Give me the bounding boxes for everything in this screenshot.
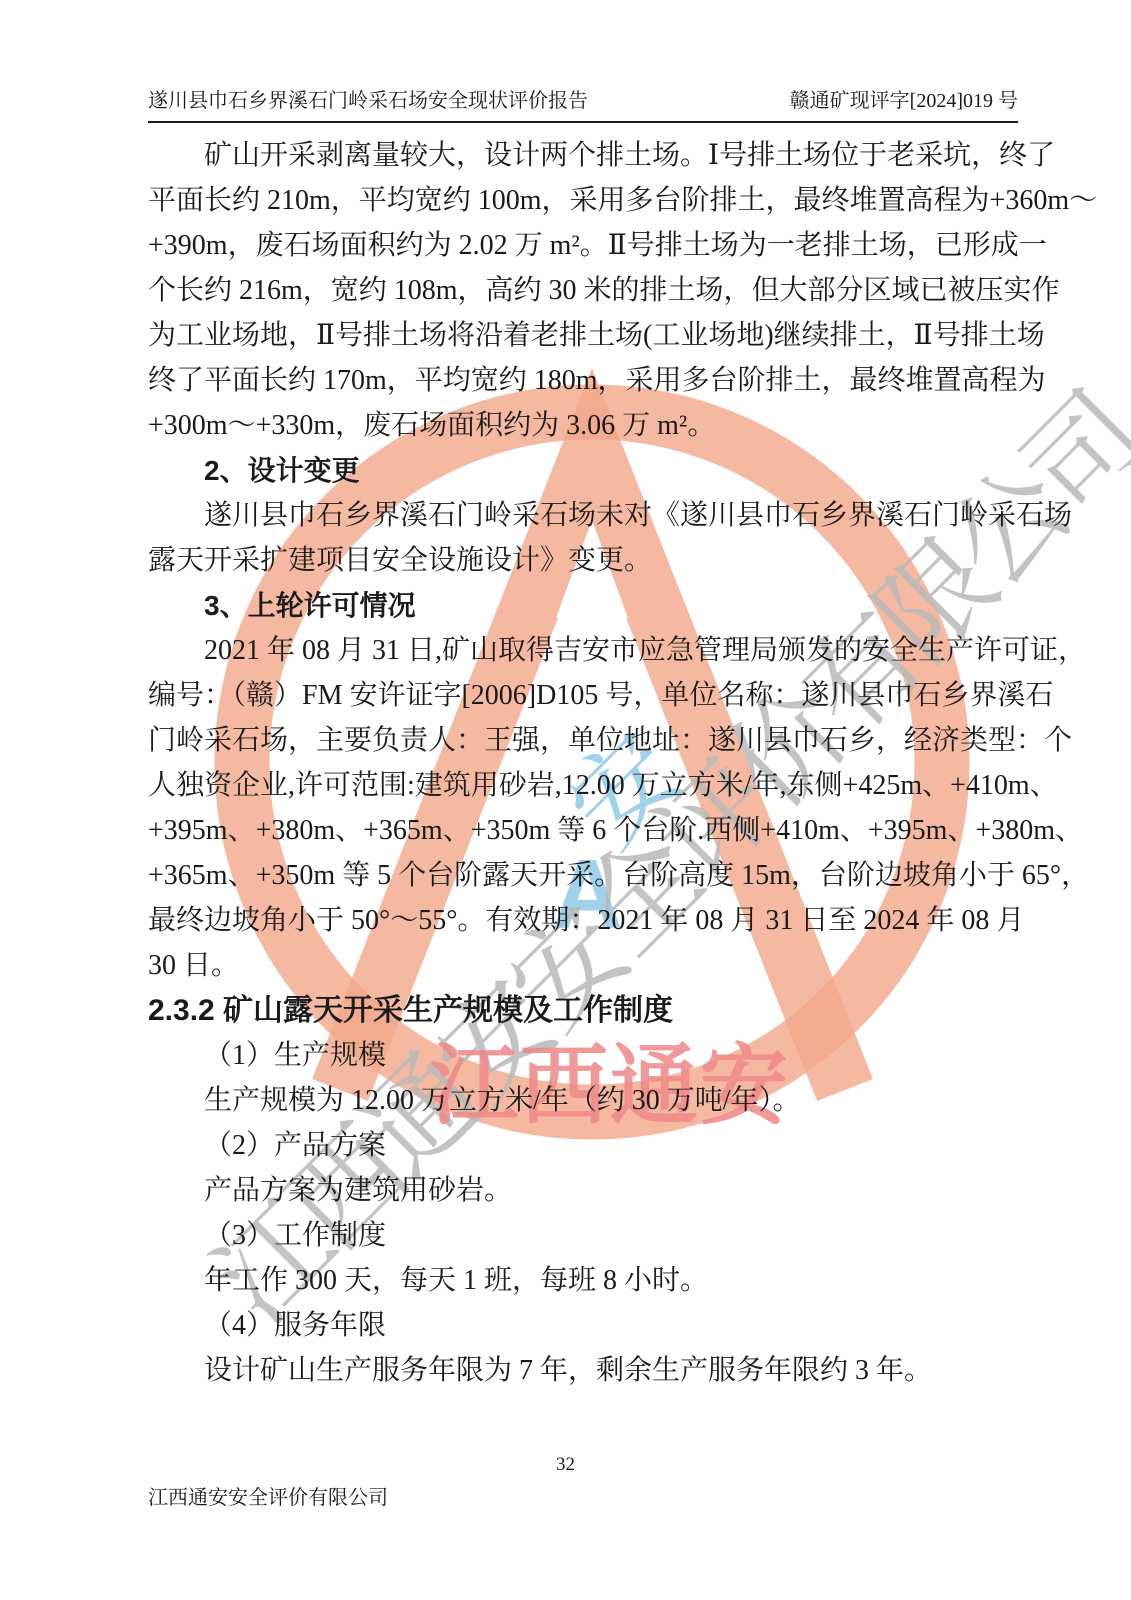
text-line: （3）工作制度 xyxy=(148,1213,1020,1258)
text-line: （2）产品方案 xyxy=(148,1123,1020,1168)
text-line: +365m、+350m 等 5 个台阶露天开采。台阶高度 15m，台阶边坡角小于… xyxy=(148,853,1020,898)
text-line: 生产规模为 12.00 万立方米/年（约 30 万吨/年）。 xyxy=(148,1078,1020,1123)
text-line: 设计矿山生产服务年限为 7 年，剩余生产服务年限约 3 年。 xyxy=(148,1348,1020,1393)
header-doc-number: 赣通矿现评字[2024]019 号 xyxy=(790,88,1018,114)
text-line: +395m、+380m、+365m、+350m 等 6 个台阶.西侧+410m、… xyxy=(148,808,1020,853)
page-header: 遂川县巾石乡界溪石门岭采石场安全现状评价报告 赣通矿现评字[2024]019 号 xyxy=(148,88,1018,123)
text-line: 2021 年 08 月 31 日,矿山取得吉安市应急管理局颁发的安全生产许可证， xyxy=(148,628,1020,673)
report-page: 安 A 江西通安安全评价有限公司 江西通安 遂川县巾石乡界溪石门岭采石场安全现状… xyxy=(0,0,1131,1600)
text-line: 露天开采扩建项目安全设施设计》变更。 xyxy=(148,538,1020,583)
text-line: 最终边坡角小于 50°～55°。有效期：2021 年 08 月 31 日至 20… xyxy=(148,898,1020,943)
text-line: 年工作 300 天，每天 1 班，每班 8 小时。 xyxy=(148,1258,1020,1303)
text-line: 遂川县巾石乡界溪石门岭采石场未对《遂川县巾石乡界溪石门岭采石场 xyxy=(148,493,1020,538)
page-number: 32 xyxy=(0,1454,1131,1476)
footer-company-name: 江西通安安全评价有限公司 xyxy=(148,1481,388,1510)
text-line: 30 日。 xyxy=(148,943,1020,988)
text-line: （1）生产规模 xyxy=(148,1033,1020,1078)
text-line: +390m，废石场面积约为 2.02 万 m²。Ⅱ号排土场为一老排土场，已形成一 xyxy=(148,223,1020,268)
text-line: 门岭采石场，主要负责人：王强，单位地址：遂川县巾石乡，经济类型：个 xyxy=(148,718,1020,763)
text-line: 产品方案为建筑用砂岩。 xyxy=(148,1168,1020,1213)
text-line: 人独资企业,许可范围:建筑用砂岩,12.00 万立方米/年,东侧+425m、+4… xyxy=(148,763,1020,808)
text-line: +300m～+330m，废石场面积约为 3.06 万 m²。 xyxy=(148,403,1020,448)
text-line: （4）服务年限 xyxy=(148,1303,1020,1348)
text-line: 编号：（赣）FM 安许证字[2006]D105 号，单位名称：遂川县巾石乡界溪石 xyxy=(148,673,1020,718)
text-line: 个长约 216m，宽约 108m，高约 30 米的排土场，但大部分区域已被压实作 xyxy=(148,268,1020,313)
body-text: 矿山开采剥离量较大，设计两个排土场。Ⅰ号排土场位于老采坑，终了平面长约 210m… xyxy=(148,133,1020,1393)
text-line: 3、上轮许可情况 xyxy=(148,583,1020,628)
text-line: 为工业场地，Ⅱ号排土场将沿着老排土场(工业场地)继续排土，Ⅱ号排土场 xyxy=(148,313,1020,358)
header-report-title: 遂川县巾石乡界溪石门岭采石场安全现状评价报告 xyxy=(148,88,588,114)
text-line: 终了平面长约 170m，平均宽约 180m，采用多台阶排土，最终堆置高程为 xyxy=(148,358,1020,403)
text-line: 2.3.2 矿山露天开采生产规模及工作制度 xyxy=(148,988,1020,1033)
text-line: 2、设计变更 xyxy=(148,448,1020,493)
text-line: 平面长约 210m，平均宽约 100m，采用多台阶排土，最终堆置高程为+360m… xyxy=(148,178,1020,223)
text-line: 矿山开采剥离量较大，设计两个排土场。Ⅰ号排土场位于老采坑，终了 xyxy=(148,133,1020,178)
